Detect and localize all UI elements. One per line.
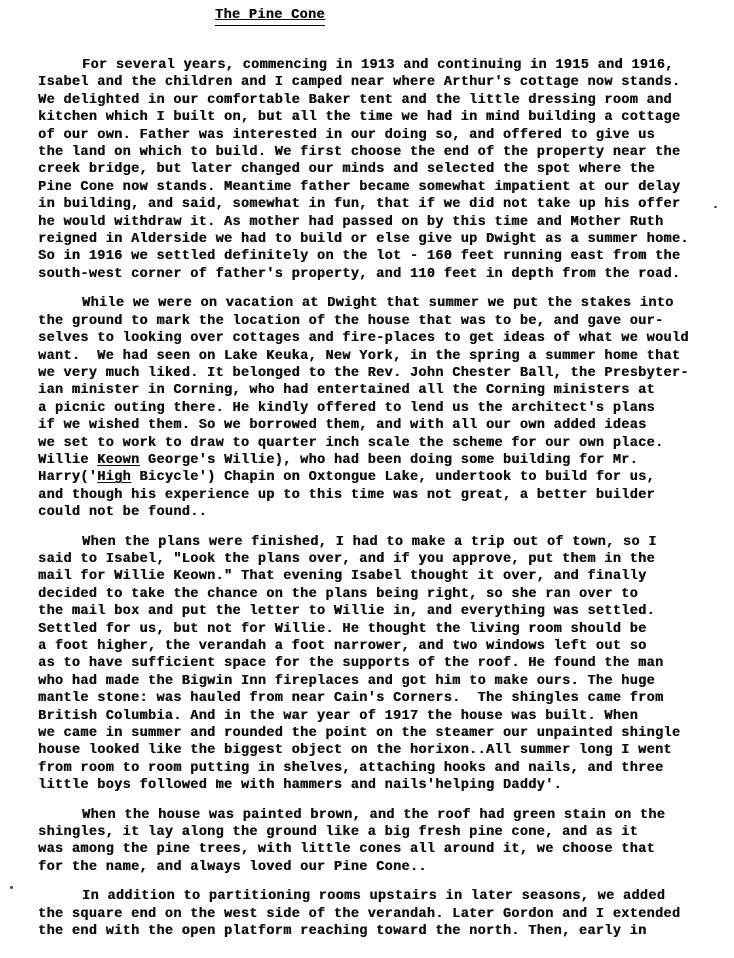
ink-speck <box>714 206 717 208</box>
paragraph-5: In addition to partitioning rooms upstai… <box>38 888 723 940</box>
paragraph-2: While we were on vacation at Dwight that… <box>38 295 723 521</box>
document-body: For several years, commencing in 1913 an… <box>38 57 723 953</box>
typewritten-page: The Pine Cone For several years, commenc… <box>0 0 734 958</box>
paragraph-4: When the house was painted brown, and th… <box>38 807 723 877</box>
ink-speck <box>216 779 218 781</box>
ink-speck <box>10 886 13 889</box>
paragraph-3: When the plans were finished, I had to m… <box>38 534 723 795</box>
paragraph-1: For several years, commencing in 1913 an… <box>38 57 723 283</box>
page-title: The Pine Cone <box>215 8 325 26</box>
